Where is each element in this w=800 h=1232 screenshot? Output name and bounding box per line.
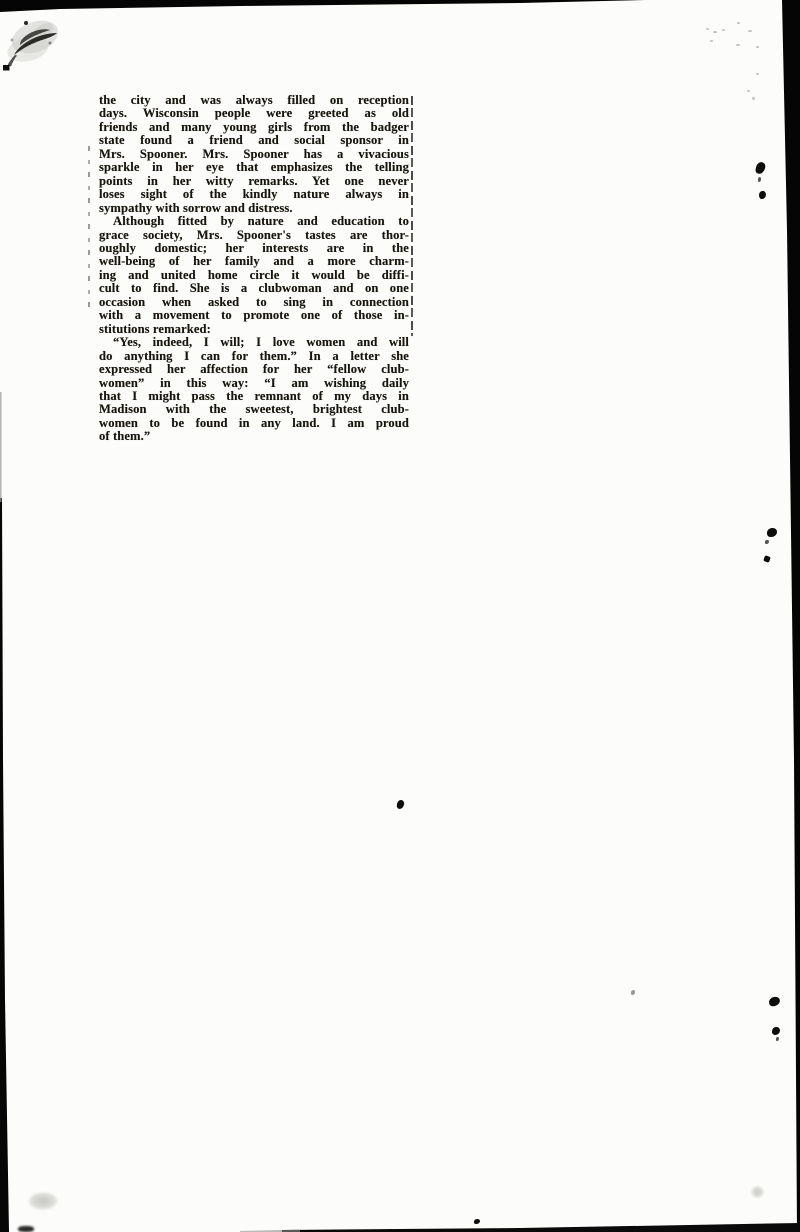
text-line: points in her witty remarks. Yet one nev… [99, 175, 409, 188]
left-edge-fade [0, 392, 2, 502]
text-line: sympathy with sorrow and distress. [99, 202, 409, 215]
text-line: oughly domestic; her interests are in th… [99, 242, 409, 255]
pencil-smudge [28, 1192, 58, 1210]
ink-mark [768, 996, 780, 1007]
text-line: that I might pass the remnant of my days… [99, 390, 409, 403]
text-line: Although fitted by nature and education … [99, 215, 409, 228]
text-line: cult to find. She is a clubwoman and on … [99, 282, 409, 295]
text-line: Madison with the sweetest, brightest clu… [99, 403, 409, 416]
top-edge-shadow [0, 0, 645, 12]
pencil-smudge [751, 1186, 764, 1198]
text-line: sparkle in her eye that emphasizes the t… [99, 161, 409, 174]
ink-mark [772, 1027, 780, 1035]
text-line: the city and was always filled on recept… [99, 94, 409, 107]
text-line: Mrs. Spooner. Mrs. Spooner has a vivacio… [99, 148, 409, 161]
text-line: state found a friend and social sponsor … [99, 134, 409, 147]
text-line: well-being of her family and a more char… [99, 255, 409, 268]
text-line: women to be found in any land. I am prou… [99, 417, 409, 430]
column-rule-right [411, 96, 413, 336]
scan-speck [756, 73, 759, 75]
ink-mark [396, 800, 404, 810]
column-rule-left [88, 146, 90, 314]
ink-mark [758, 191, 766, 200]
ink-mark [758, 177, 761, 182]
scan-speck [713, 31, 717, 33]
text-line: of them.” [99, 430, 409, 443]
scan-speck [706, 28, 709, 30]
scan-speck [722, 29, 725, 31]
scan-speck [736, 44, 740, 46]
ink-mark [755, 161, 767, 175]
scan-speck [756, 46, 759, 48]
right-edge-shadow [782, 0, 800, 1232]
scanned-page: the city and was always filled on recept… [0, 0, 800, 1232]
scan-speck [748, 30, 752, 32]
text-line: occasion when asked to sing in connectio… [99, 296, 409, 309]
ink-mark [767, 528, 777, 537]
ink-mark [763, 555, 771, 563]
text-line: grace society, Mrs. Spooner's tastes are… [99, 229, 409, 242]
scan-speck [737, 22, 740, 24]
text-line: loses sight of the kindly nature always … [99, 188, 409, 201]
ink-mark [776, 1037, 779, 1041]
text-line: women” in this way: “I am wishing daily [99, 377, 409, 390]
paragraph: “Yes, indeed, I will; I love women and w… [99, 336, 409, 444]
scan-speck [710, 40, 713, 42]
ink-blot-stamp [0, 10, 66, 77]
left-edge-shadow [0, 498, 9, 1232]
text-line: friends and many young girls from the ba… [99, 121, 409, 134]
text-line: ing and united home circle it would be d… [99, 269, 409, 282]
bottom-edge-shadow [282, 1223, 800, 1232]
text-line: with a movement to promote one of those … [99, 309, 409, 322]
paragraph: the city and was always filled on recept… [99, 94, 409, 215]
ink-mark [631, 990, 635, 995]
ink-mark [765, 540, 769, 544]
scan-speck [747, 90, 750, 92]
text-line: expressed her affection for her “fellow … [99, 363, 409, 376]
text-line: stitutions remarked: [99, 323, 409, 336]
text-line: do anything I can for them.” In a letter… [99, 350, 409, 363]
paragraph: Although fitted by nature and education … [99, 215, 409, 336]
scan-speck [752, 97, 755, 100]
ink-mark [18, 1226, 34, 1232]
ink-mark [474, 1219, 480, 1224]
clipping-text-column: the city and was always filled on recept… [99, 94, 409, 444]
text-line: “Yes, indeed, I will; I love women and w… [99, 336, 409, 349]
text-line: days. Wisconsin people were greeted as o… [99, 107, 409, 120]
ink-blot-graphic [0, 10, 66, 72]
